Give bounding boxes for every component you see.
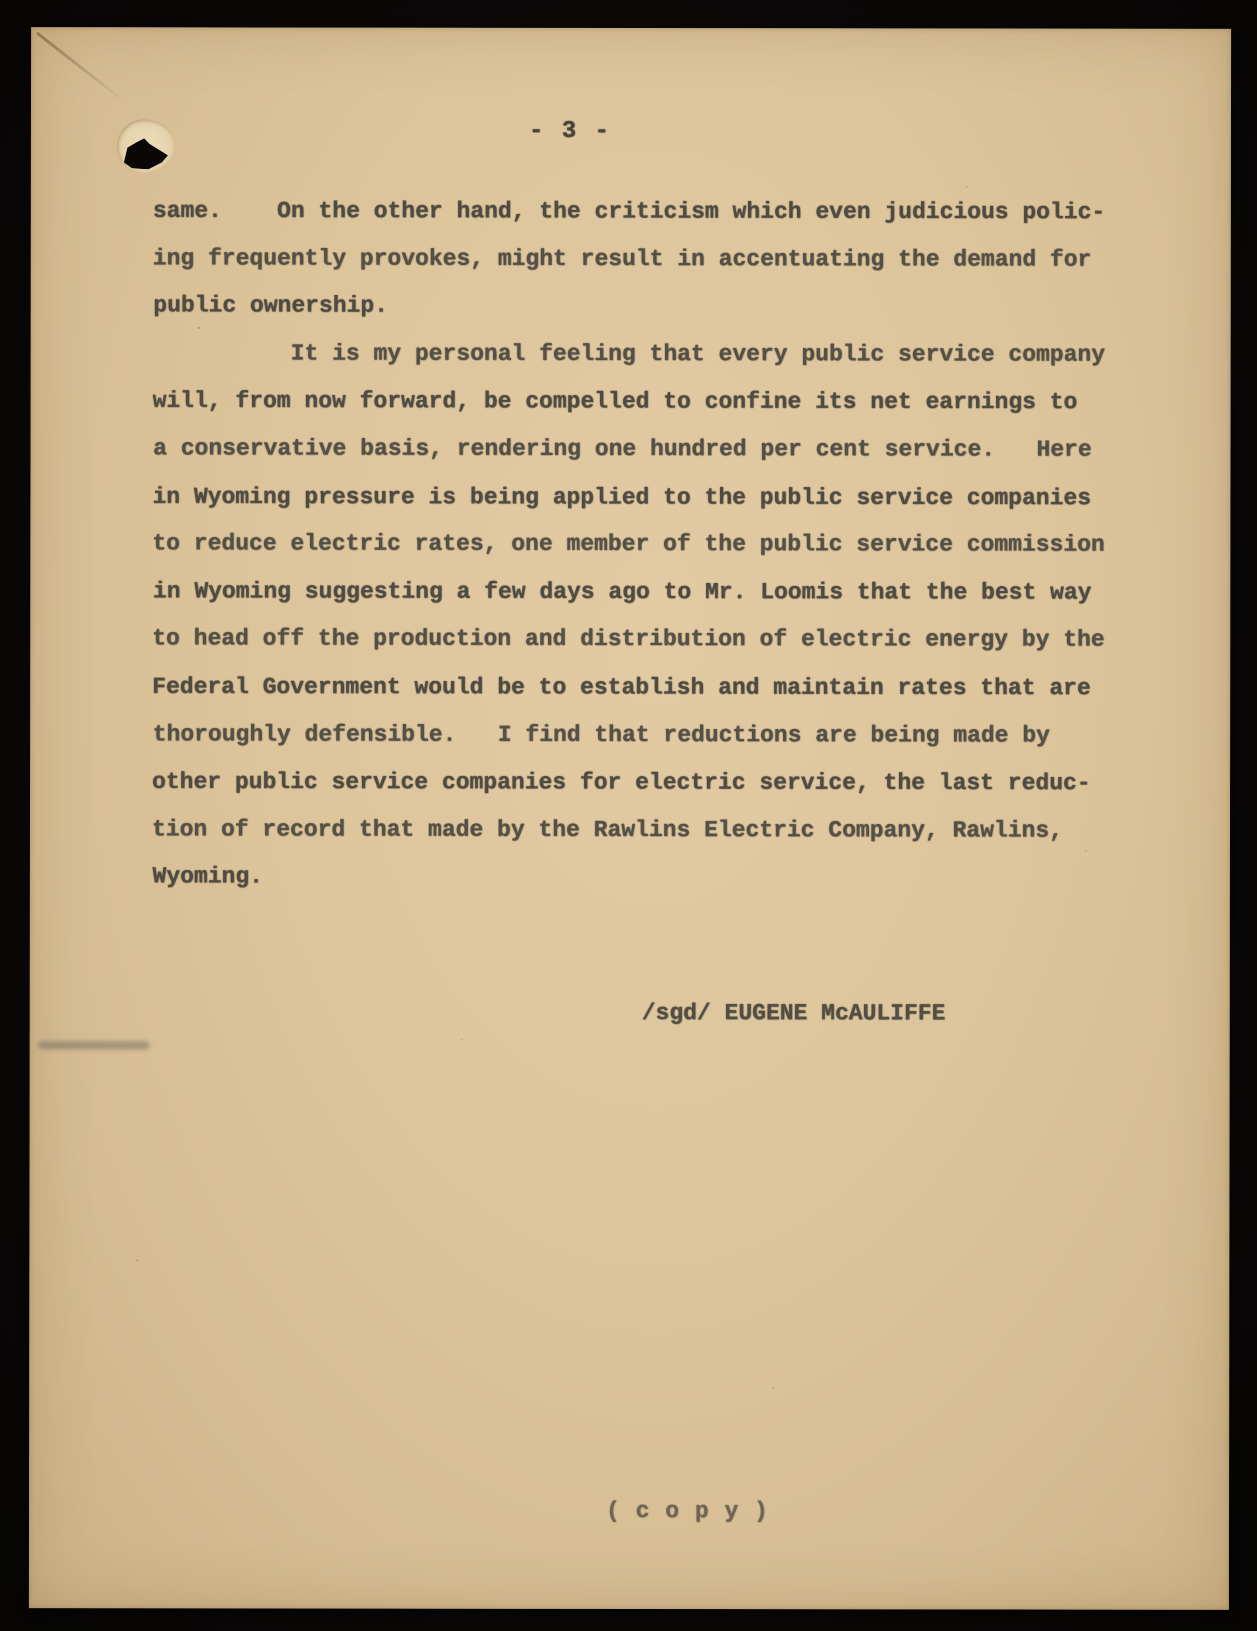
typed-line: public ownership. <box>153 283 1163 332</box>
page-number: - 3 - <box>529 118 611 145</box>
typed-line: It is my personal feeling that every pub… <box>153 330 1163 379</box>
copy-stamp: ( c o p y ) <box>606 1498 769 1524</box>
paper-sheet: - 3 - same. On the other hand, the criti… <box>29 27 1231 1610</box>
typed-line: tion of record that made by the Rawlins … <box>152 806 1162 855</box>
letter-body: same. On the other hand, the criticism w… <box>152 187 1163 902</box>
typed-line: ing frequently provokes, might result in… <box>153 235 1163 284</box>
typed-line: to head off the production and distribut… <box>152 616 1162 665</box>
typed-line: Wyoming. <box>152 854 1162 903</box>
typed-line: other public service companies for elect… <box>152 759 1162 808</box>
typed-line: same. On the other hand, the criticism w… <box>153 188 1163 237</box>
signature-line: /sgd/ EUGENE McAULIFFE <box>642 1000 946 1026</box>
photo-background: - 3 - same. On the other hand, the criti… <box>0 0 1257 1631</box>
typed-line: to reduce electric rates, one member of … <box>152 520 1162 569</box>
typed-line: Federal Government would be to establish… <box>152 664 1162 713</box>
typed-line: a conservative basis, rendering one hund… <box>153 425 1163 474</box>
typed-line: in Wyoming suggesting a few days ago to … <box>153 568 1163 617</box>
typed-line: in Wyoming pressure is being applied to … <box>152 473 1162 522</box>
typed-line: thoroughly defensible. I find that reduc… <box>153 711 1163 760</box>
typed-line: will, from now forward, be compelled to … <box>153 378 1163 427</box>
paper-crease <box>36 32 124 102</box>
smudge-mark <box>38 1041 150 1049</box>
